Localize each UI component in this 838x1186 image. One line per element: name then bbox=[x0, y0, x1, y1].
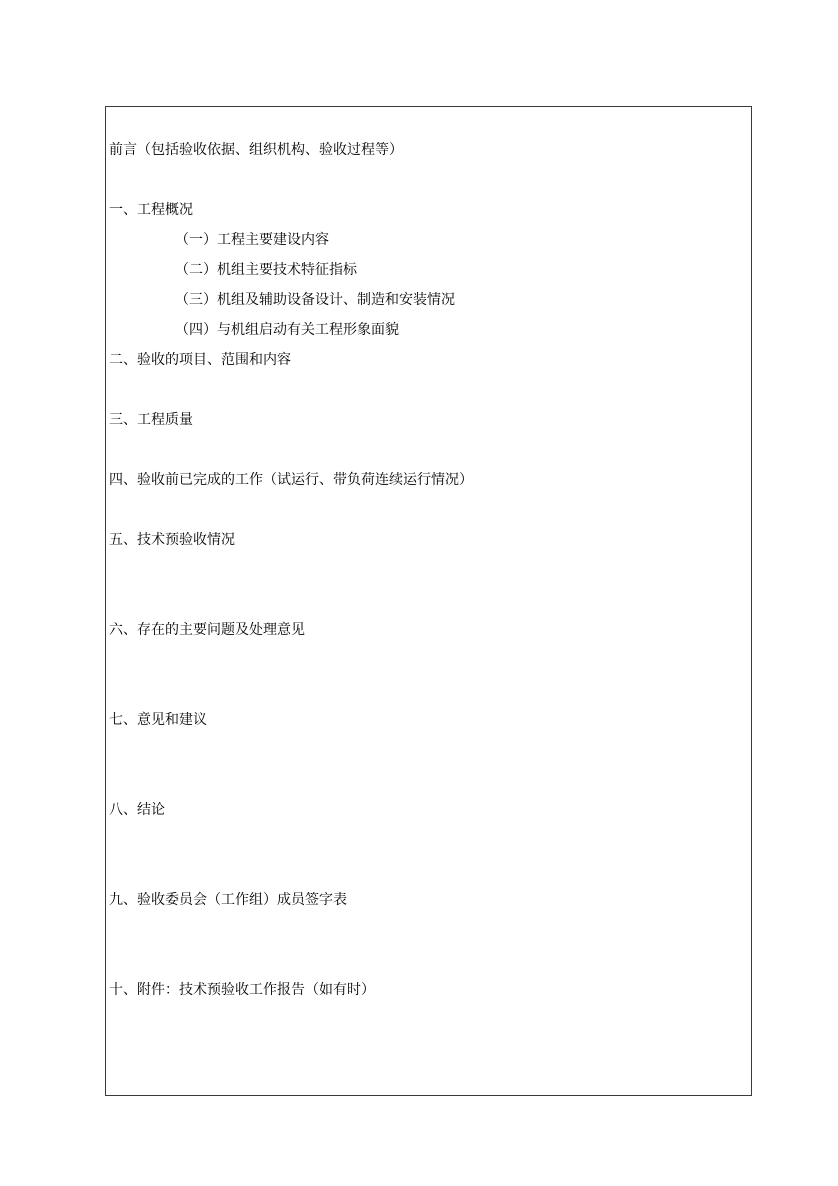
blank-line bbox=[109, 765, 743, 795]
text-line: （一）工程主要建设内容 bbox=[109, 225, 743, 255]
document-body: 前言（包括验收依据、组织机构、验收过程等）一、工程概况（一）工程主要建设内容（二… bbox=[106, 107, 751, 1005]
text-line: 十、附件：技术预验收工作报告（如有时） bbox=[109, 975, 743, 1005]
text-line: （四）与机组启动有关工程形象面貌 bbox=[109, 315, 743, 345]
blank-line bbox=[109, 375, 743, 405]
text-line: （三）机组及辅助设备设计、制造和安装情况 bbox=[109, 285, 743, 315]
text-line: 三、工程质量 bbox=[109, 405, 743, 435]
text-line: 一、工程概况 bbox=[109, 195, 743, 225]
blank-line bbox=[109, 945, 743, 975]
text-line: 九、验收委员会（工作组）成员签字表 bbox=[109, 885, 743, 915]
blank-line bbox=[109, 555, 743, 585]
text-line: 六、存在的主要问题及处理意见 bbox=[109, 615, 743, 645]
text-line: 前言（包括验收依据、组织机构、验收过程等） bbox=[109, 135, 743, 165]
text-line: 四、验收前已完成的工作（试运行、带负荷连续运行情况） bbox=[109, 465, 743, 495]
blank-line bbox=[109, 915, 743, 945]
text-line: 二、验收的项目、范围和内容 bbox=[109, 345, 743, 375]
blank-line bbox=[109, 585, 743, 615]
blank-line bbox=[109, 165, 743, 195]
blank-line bbox=[109, 735, 743, 765]
blank-line bbox=[109, 825, 743, 855]
text-line: 五、技术预验收情况 bbox=[109, 525, 743, 555]
blank-line bbox=[109, 495, 743, 525]
blank-line bbox=[109, 675, 743, 705]
blank-line bbox=[109, 645, 743, 675]
document-page: 前言（包括验收依据、组织机构、验收过程等）一、工程概况（一）工程主要建设内容（二… bbox=[0, 0, 838, 1186]
text-line: 八、结论 bbox=[109, 795, 743, 825]
text-line: （二）机组主要技术特征指标 bbox=[109, 255, 743, 285]
text-line: 七、意见和建议 bbox=[109, 705, 743, 735]
blank-line bbox=[109, 855, 743, 885]
document-table-cell: 前言（包括验收依据、组织机构、验收过程等）一、工程概况（一）工程主要建设内容（二… bbox=[105, 106, 752, 1096]
blank-line bbox=[109, 435, 743, 465]
